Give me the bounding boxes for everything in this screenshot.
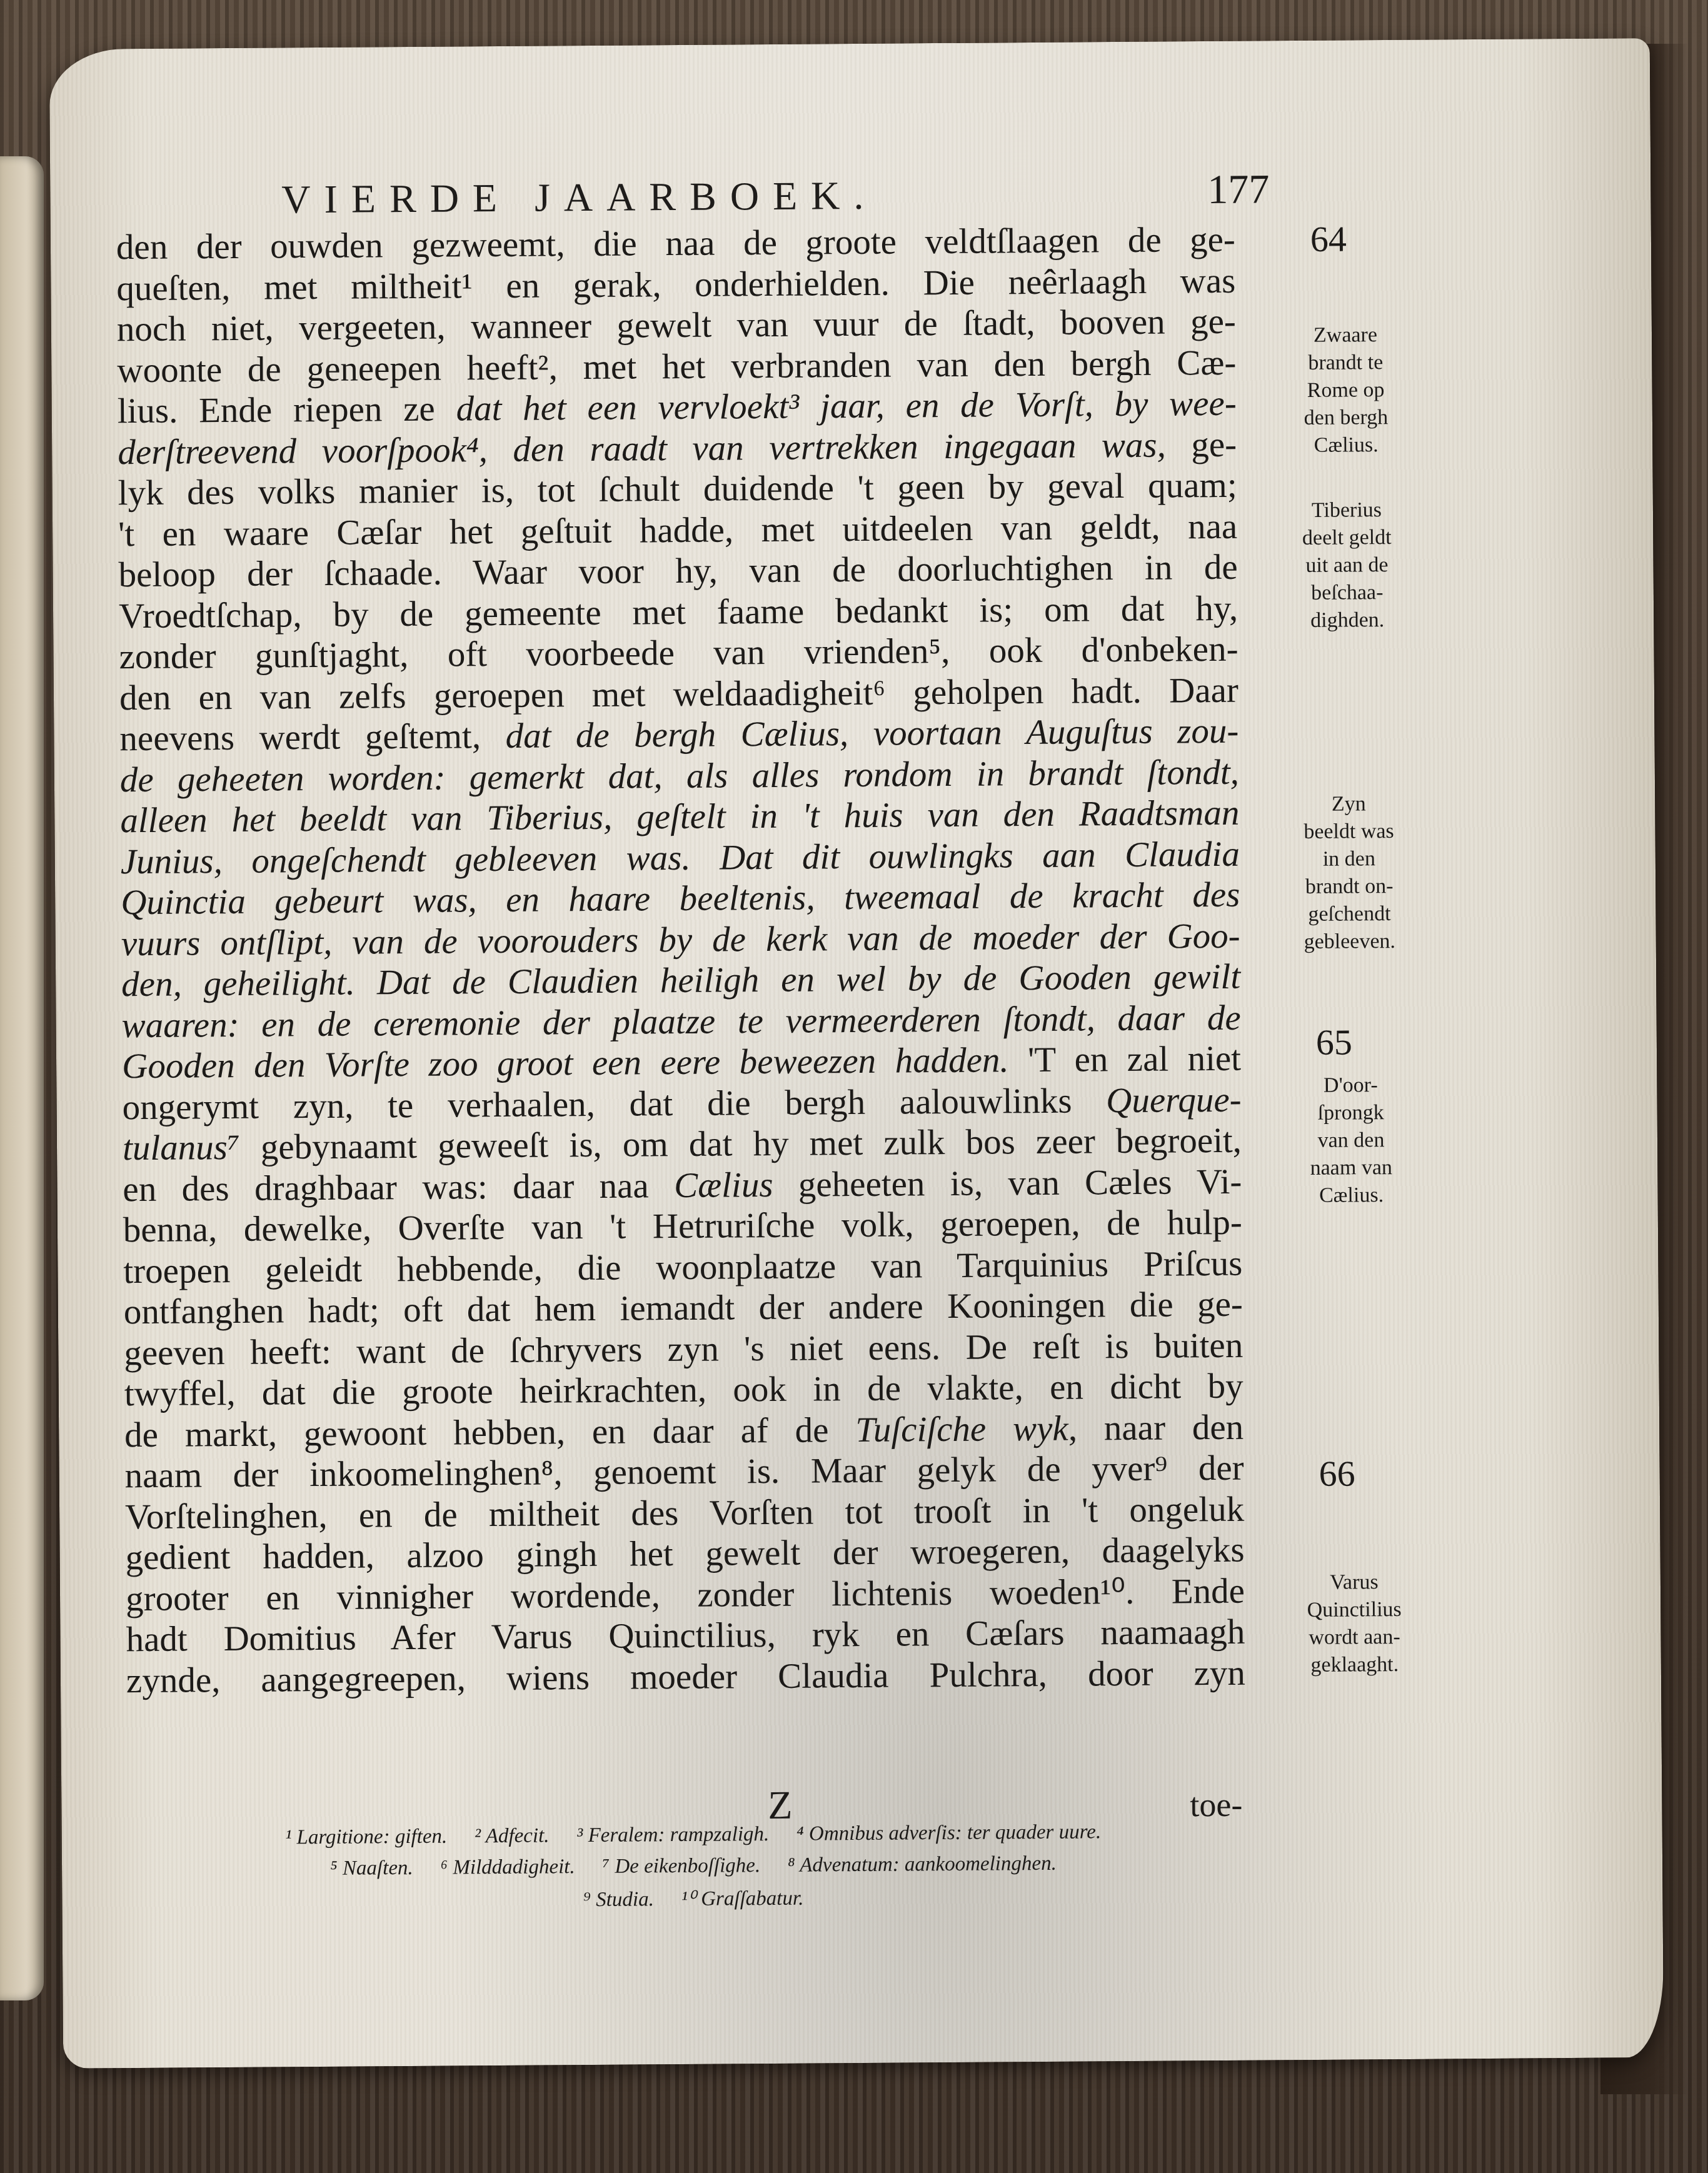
roman-span: naam der inkoomelinghen⁸, genoemt is. Ma… bbox=[124, 1448, 1243, 1495]
text-line: alleen het beeldt van Tiberius, geſtelt … bbox=[120, 793, 1239, 841]
margin-note-line: Tiberius bbox=[1275, 496, 1419, 525]
text-line: den, geheilight. Dat de Claudien heiligh… bbox=[121, 956, 1240, 1005]
roman-span: ge- bbox=[1166, 424, 1237, 464]
footnote: ¹ Largitione: giften. bbox=[285, 1825, 447, 1849]
signature-mark: Z bbox=[768, 1782, 793, 1829]
margin-note-line: Cælius. bbox=[1279, 1182, 1423, 1210]
margin-note-line: Cælius. bbox=[1274, 431, 1418, 460]
roman-span: lyk des volks manier is, tot ſchult duid… bbox=[118, 466, 1237, 513]
text-line: neevens werdt geſtemt, dat de bergh Cæli… bbox=[119, 711, 1238, 760]
text-line: tulanus⁷ gebynaamt geweeſt is, om dat hy… bbox=[123, 1120, 1242, 1169]
text-line: woonte de geneepen heeft², met het verbr… bbox=[117, 342, 1236, 391]
facing-page-edge bbox=[0, 156, 44, 2000]
text-line: de markt, gewoont hebben, en daar af de … bbox=[124, 1407, 1243, 1455]
roman-span: Vorſtelinghen, en de miltheit des Vorſte… bbox=[125, 1489, 1244, 1536]
text-line: gedient hadden, alzoo gingh het gewelt d… bbox=[125, 1530, 1244, 1578]
text-line: zynde, aangegreepen, wiens moeder Claudi… bbox=[126, 1652, 1245, 1701]
italic-span: Gooden den Vorſte zoo groot een eere bew… bbox=[122, 1040, 1009, 1086]
text-line: ongerymt zyn, te verhaalen, dat die berg… bbox=[122, 1079, 1241, 1128]
italic-span: dat de bergh Cælius, voortaan Auguſtus z… bbox=[505, 711, 1238, 756]
text-line: derſtreevend voorſpook⁴, den raadt van v… bbox=[118, 424, 1237, 473]
roman-span: den der ouwden gezweemt, die naa de groo… bbox=[116, 220, 1235, 267]
roman-span: de markt, gewoont hebben, en daar af de bbox=[124, 1410, 856, 1455]
roman-span: geheeten is, van Cæles Vi- bbox=[773, 1162, 1242, 1204]
italic-span: alleen het beeldt van Tiberius, geſtelt … bbox=[120, 793, 1239, 840]
margin-note-line: uit aan de bbox=[1275, 551, 1419, 580]
main-text-block: den der ouwden gezweemt, die naa de groo… bbox=[116, 219, 1245, 1701]
footnotes: ¹ Largitione: giften.² Adfecit.³ Feralem… bbox=[131, 1820, 1257, 1922]
text-line: Quinctia gebeurt was, en haare beeltenis… bbox=[121, 875, 1240, 923]
margin-note-line: beeldt was bbox=[1277, 818, 1420, 846]
footnote: ⁹ Studia. bbox=[583, 1888, 654, 1911]
text-line: troepen geleidt hebbende, die woonplaatz… bbox=[123, 1243, 1242, 1292]
roman-span: zynde, aangegreepen, wiens moeder Claudi… bbox=[126, 1653, 1245, 1700]
text-line: lyk des volks manier is, tot ſchult duid… bbox=[118, 465, 1237, 514]
roman-span: 't en waare Cæſar het geſtuit hadde, met… bbox=[118, 506, 1237, 553]
roman-span: gedient hadden, alzoo gingh het gewelt d… bbox=[125, 1530, 1244, 1577]
margin-note: Zynbeeldt wasin denbrandt on-geſchendtge… bbox=[1277, 790, 1422, 956]
margin-note-line: gebleeven. bbox=[1278, 928, 1422, 956]
section-number: 66 bbox=[1319, 1453, 1355, 1494]
text-line: grooter en vinnigher wordende, zonder li… bbox=[126, 1570, 1245, 1619]
footnote: ⁸ Advenatum: aankoomelinghen. bbox=[788, 1852, 1057, 1877]
roman-span: geeven heeft: want de ſchryvers zyn 's n… bbox=[124, 1325, 1243, 1372]
roman-span: woonte de geneepen heeft², met het verbr… bbox=[117, 343, 1236, 389]
text-line: en des draghbaar was: daar naa Cælius ge… bbox=[123, 1161, 1242, 1210]
margin-note-line: geklaaght. bbox=[1283, 1651, 1427, 1680]
italic-span: Quinctia gebeurt was, en haare beeltenis… bbox=[121, 875, 1240, 922]
footnote: ³ Feralem: rampzaligh. bbox=[576, 1823, 769, 1847]
roman-span: troepen geleidt hebbende, die woonplaatz… bbox=[123, 1243, 1242, 1290]
italic-span: waaren: en de ceremonie der plaatze te v… bbox=[121, 998, 1240, 1045]
margin-note-line: den bergh bbox=[1274, 404, 1418, 433]
text-line: benna, dewelke, Overſte van 't Hetruriſc… bbox=[123, 1202, 1242, 1251]
text-line: lius. Ende riepen ze dat het een vervloe… bbox=[118, 383, 1237, 432]
text-line: zonder gunſtjaght, oft voorbeede van vri… bbox=[119, 629, 1238, 678]
footnote: ² Adfecit. bbox=[475, 1824, 550, 1847]
italic-span: derſtreevend voorſpook⁴, den raadt van v… bbox=[118, 425, 1166, 472]
margin-note-line: van den bbox=[1279, 1127, 1423, 1155]
text-line: naam der inkoomelinghen⁸, genoemt is. Ma… bbox=[124, 1448, 1243, 1497]
italic-span: Tuſciſche wyk bbox=[855, 1408, 1068, 1449]
italic-span: dat het een vervloekt³ jaar, en de Vorſt… bbox=[456, 384, 1237, 429]
roman-span: beloop der ſchaade. Waar voor hy, van de… bbox=[118, 548, 1237, 595]
margin-note-line: ſprongk bbox=[1279, 1099, 1423, 1128]
page-number: 177 bbox=[1207, 166, 1270, 214]
margin-note-line: dighden. bbox=[1275, 606, 1419, 635]
running-title: VIERDE JAARBOEK. bbox=[281, 173, 877, 223]
text-line: Gooden den Vorſte zoo groot een eere bew… bbox=[122, 1038, 1241, 1087]
roman-span: zonder gunſtjaght, oft voorbeede van vri… bbox=[119, 630, 1238, 676]
footnote: ⁷ De eikenboſſighe. bbox=[603, 1854, 761, 1878]
roman-span: ontfanghen hadt; oft dat hem iemandt der… bbox=[124, 1285, 1243, 1332]
roman-span: grooter en vinnigher wordende, zonder li… bbox=[126, 1571, 1245, 1618]
roman-span: noch niet, vergeeten, wanneer gewelt van… bbox=[117, 302, 1236, 349]
margin-note-line: beſchaa- bbox=[1275, 579, 1419, 608]
roman-span: den en van zelfs geroepen met weldaadigh… bbox=[119, 670, 1238, 717]
margin-notes: 646566Zwaarebrandt teRome opden berghCæl… bbox=[1273, 218, 1423, 219]
italic-span: de geheeten worden: gemerkt dat, als all… bbox=[120, 752, 1239, 799]
text-line: beloop der ſchaade. Waar voor hy, van de… bbox=[118, 547, 1237, 596]
section-number: 64 bbox=[1310, 218, 1347, 259]
margin-note-line: geſchendt bbox=[1277, 900, 1421, 929]
italic-span: Junius, ongeſchendt gebleeven was. Dat d… bbox=[121, 834, 1240, 881]
roman-span: 'T en zal niet bbox=[1008, 1039, 1241, 1080]
catchword: toe- bbox=[1190, 1785, 1242, 1825]
footnote: ⁶ Milddadigheit. bbox=[441, 1855, 575, 1879]
margin-note-line: deelt geldt bbox=[1275, 524, 1419, 553]
italic-span: Cælius bbox=[674, 1165, 773, 1205]
footnote: ¹⁰ Graſſabatur. bbox=[681, 1887, 804, 1910]
roman-span: ongerymt zyn, te verhaalen, dat die berg… bbox=[122, 1081, 1106, 1127]
margin-note-line: Quinctilius bbox=[1282, 1596, 1426, 1625]
margin-note-line: naam van bbox=[1279, 1154, 1423, 1183]
roman-span: Vroedtſchap, by de gemeente met faame be… bbox=[119, 588, 1238, 635]
margin-note: Zwaarebrandt teRome opden berghCælius. bbox=[1273, 321, 1419, 460]
roman-span: gebynaamt geweeſt is, om dat hy met zulk… bbox=[239, 1121, 1242, 1167]
italic-span: Querque- bbox=[1106, 1080, 1242, 1120]
margin-note-line: brandt te bbox=[1273, 349, 1417, 378]
text-line: Vorſtelinghen, en de miltheit des Vorſte… bbox=[125, 1488, 1244, 1537]
footnote: ⁴ Omnibus adverſis: ter quader uure. bbox=[796, 1820, 1101, 1845]
margin-note-line: Zwaare bbox=[1273, 321, 1417, 350]
text-line: ontfanghen hadt; oft dat hem iemandt der… bbox=[124, 1284, 1243, 1333]
roman-span: hadt Domitius Afer Varus Quinctilius, ry… bbox=[126, 1612, 1245, 1659]
text-line: Junius, ongeſchendt gebleeven was. Dat d… bbox=[121, 833, 1240, 882]
roman-span: queſten, met miltheit¹ en gerak, onderhi… bbox=[116, 261, 1235, 308]
italic-span: tulanus⁷ bbox=[123, 1128, 240, 1168]
text-line: den en van zelfs geroepen met weldaadigh… bbox=[119, 670, 1238, 718]
text-line: vuurs ontſlipt, van de voorouders by de … bbox=[121, 915, 1240, 964]
margin-note-line: wordt aan- bbox=[1282, 1623, 1426, 1652]
roman-span: twyffel, dat die groote heirkrachten, oo… bbox=[124, 1367, 1243, 1413]
footnote: ⁵ Naaſten. bbox=[330, 1857, 413, 1880]
margin-note-line: brandt on- bbox=[1277, 873, 1421, 901]
text-line: den der ouwden gezweemt, die naa de groo… bbox=[116, 219, 1235, 268]
roman-span: neevens werdt geſtemt, bbox=[119, 716, 506, 758]
italic-span: vuurs ontſlipt, van de voorouders by de … bbox=[121, 916, 1240, 963]
margin-note-line: in den bbox=[1277, 845, 1421, 874]
roman-span: benna, dewelke, Overſte van 't Hetruriſc… bbox=[123, 1203, 1242, 1250]
roman-span: lius. Ende riepen ze bbox=[118, 389, 456, 431]
margin-note: Tiberiusdeelt geldtuit aan debeſchaa-dig… bbox=[1275, 496, 1420, 635]
text-line: waaren: en de ceremonie der plaatze te v… bbox=[121, 997, 1240, 1046]
roman-span: , naar den bbox=[1068, 1407, 1244, 1448]
text-line: queſten, met miltheit¹ en gerak, onderhi… bbox=[116, 260, 1235, 309]
text-line: geeven heeft: want de ſchryvers zyn 's n… bbox=[124, 1325, 1243, 1373]
margin-note: VarusQuinctiliuswordt aan-geklaaght. bbox=[1282, 1568, 1427, 1680]
roman-span: en des draghbaar was: daar naa bbox=[123, 1166, 674, 1209]
text-line: hadt Domitius Afer Varus Quinctilius, ry… bbox=[126, 1612, 1245, 1660]
text-line: 't en waare Cæſar het geſtuit hadde, met… bbox=[118, 506, 1237, 555]
italic-span: den, geheilight. Dat de Claudien heiligh… bbox=[121, 957, 1240, 1004]
book-page: VIERDE JAARBOEK. 177 den der ouwden gezw… bbox=[49, 38, 1664, 2069]
text-line: Vroedtſchap, by de gemeente met faame be… bbox=[119, 588, 1238, 636]
section-number: 65 bbox=[1316, 1021, 1352, 1063]
text-line: noch niet, vergeeten, wanneer gewelt van… bbox=[117, 301, 1236, 350]
margin-note-line: D'oor- bbox=[1278, 1071, 1422, 1100]
margin-note-line: Zyn bbox=[1277, 790, 1420, 819]
margin-note-line: Rome op bbox=[1273, 376, 1417, 405]
margin-note: D'oor-ſprongkvan dennaam vanCælius. bbox=[1278, 1071, 1424, 1210]
margin-note-line: Varus bbox=[1282, 1568, 1426, 1597]
text-line: twyffel, dat die groote heirkrachten, oo… bbox=[124, 1366, 1243, 1415]
text-lines: den der ouwden gezweemt, die naa de groo… bbox=[116, 219, 1245, 1701]
text-line: de geheeten worden: gemerkt dat, als all… bbox=[120, 751, 1239, 800]
